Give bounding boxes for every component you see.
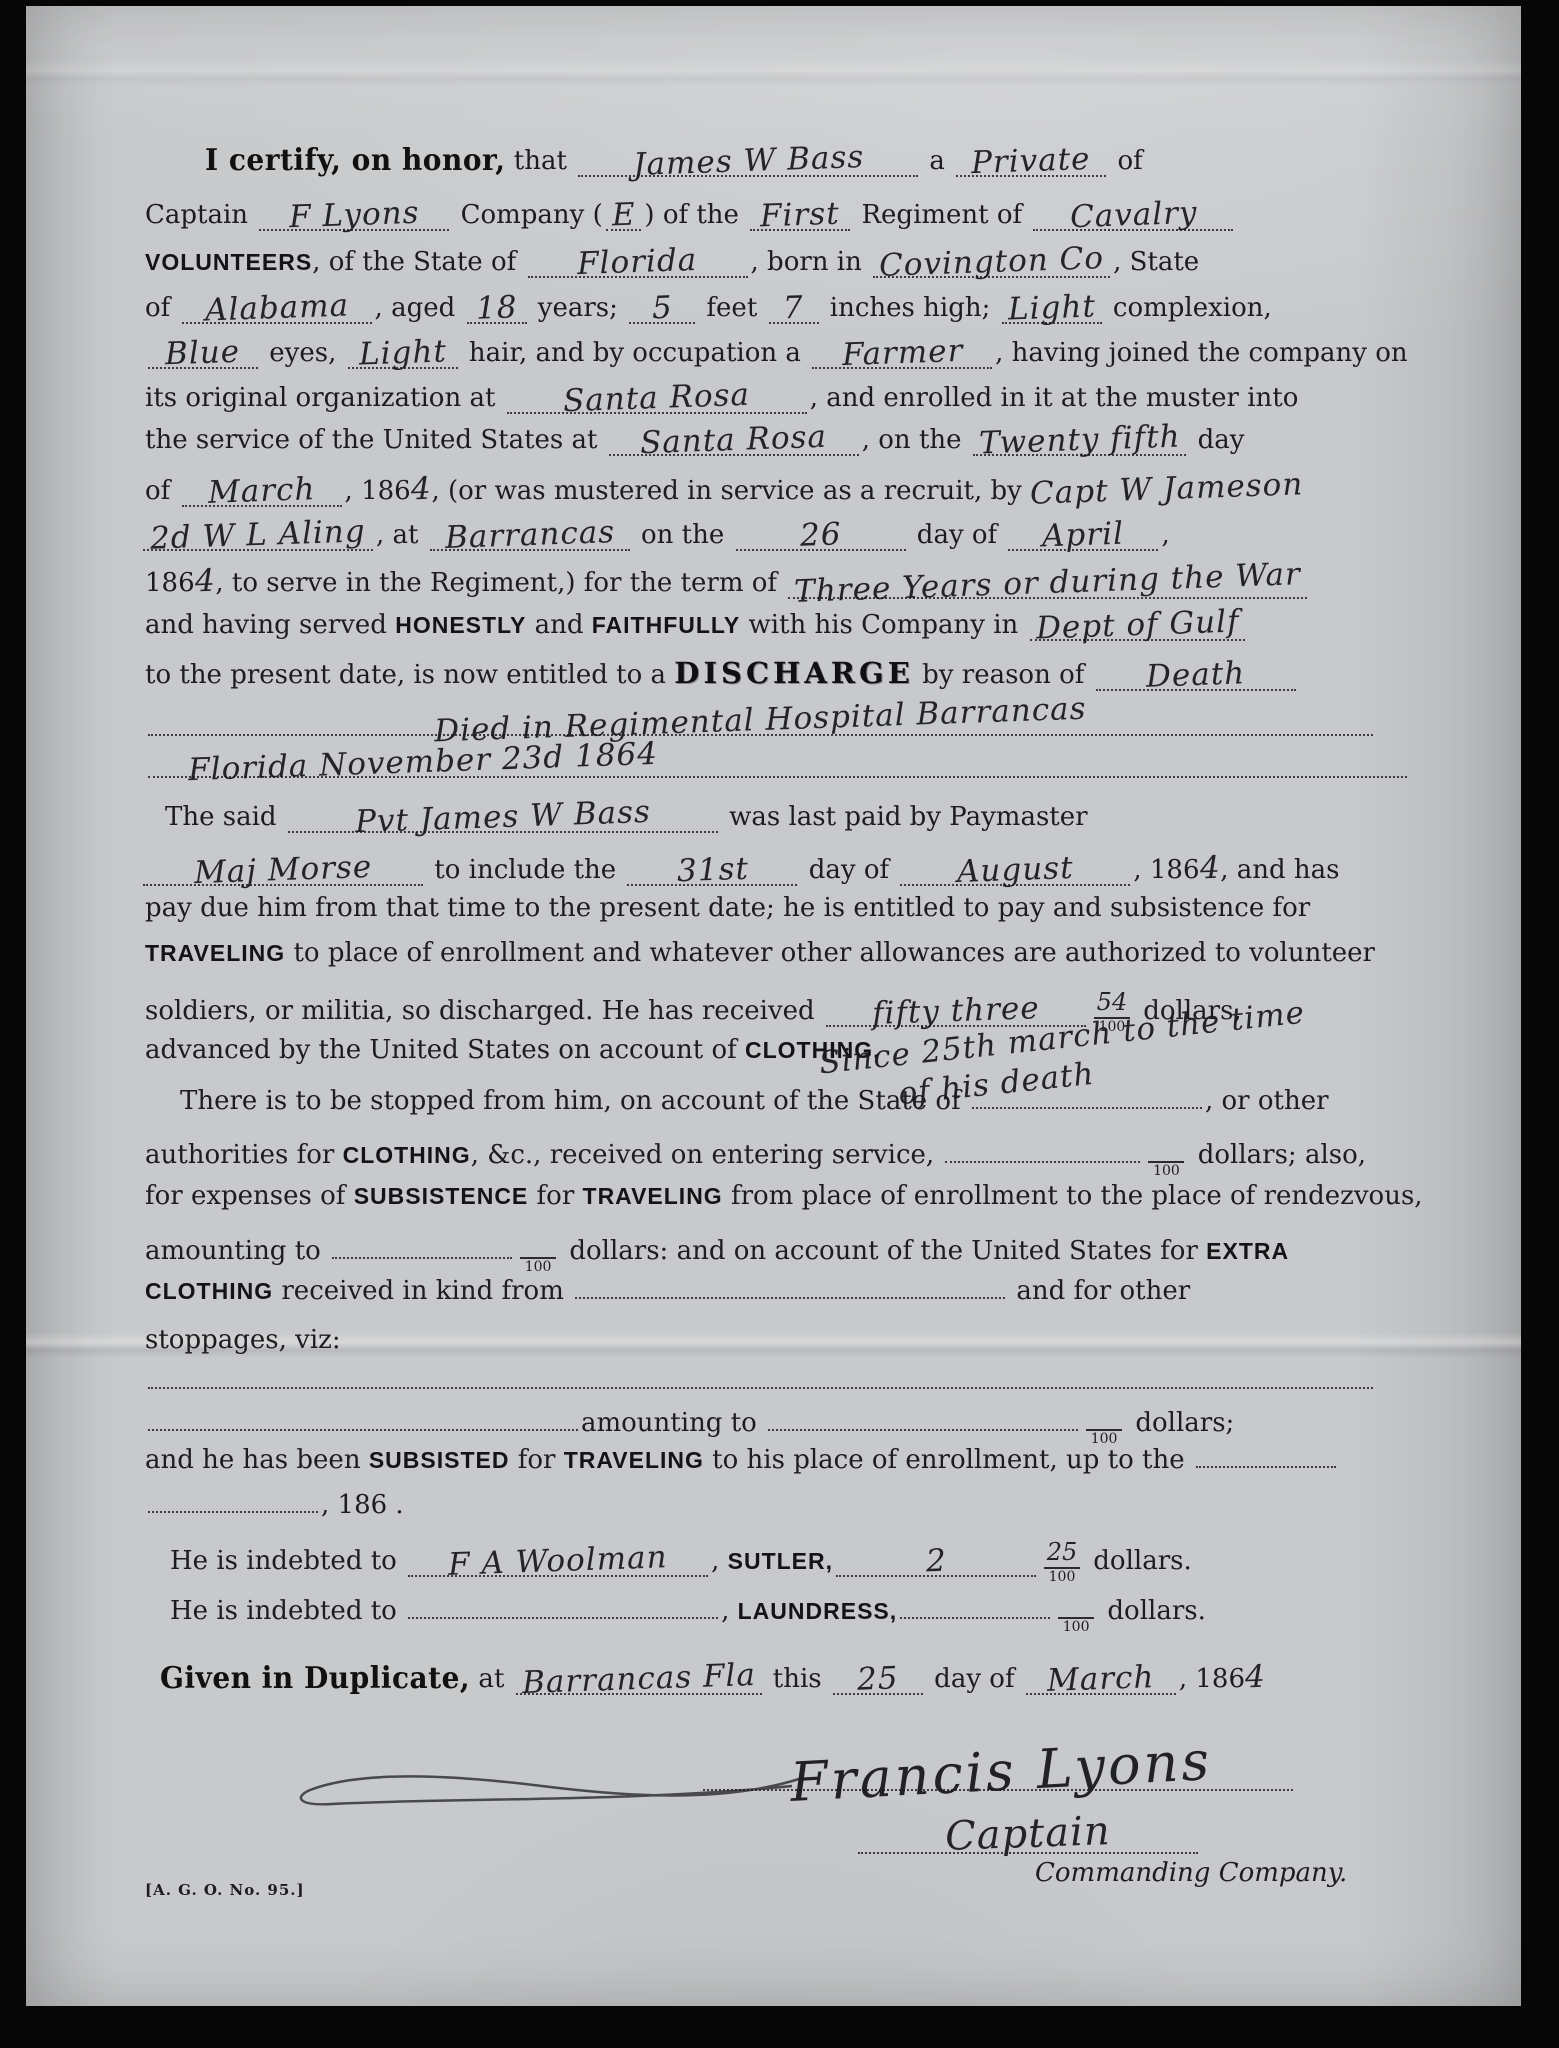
sutler-line: He is indebted to F A Woolman, SUTLER,22… [170, 1541, 1192, 1586]
hair-color: Light [348, 336, 458, 369]
extra-clothing-line: CLOTHING received in kind from and for o… [145, 1276, 1190, 1306]
recruit-muster-day: 26 [736, 518, 906, 551]
printed-text: with his Company in [740, 610, 1026, 640]
printed-text: , or other [1205, 1086, 1329, 1116]
handwriting: Private [965, 144, 1097, 180]
company-letter: E [606, 198, 642, 231]
death-date: Florida November 23d 1864 [148, 745, 1407, 778]
soldier-name: James W Bass [578, 144, 918, 177]
handwriting: James W Bass [626, 142, 870, 181]
organization-line: its original organization at Santa Rosa,… [145, 381, 1298, 414]
clothing-cents: 100 [1148, 1135, 1184, 1180]
printed-text: 186 [145, 568, 195, 598]
sutler-cents: 25100 [1044, 1541, 1080, 1586]
discharge-reason: Death [1096, 658, 1296, 691]
mustering-officer: Capt W Jameson [1030, 466, 1304, 512]
stoppages-amount-blank [768, 1425, 1078, 1431]
printed-text: , and has [1220, 855, 1339, 885]
handwriting: F A Woolman [442, 1542, 674, 1581]
handwriting: Blue [159, 336, 247, 370]
printed-text: to include the [426, 855, 624, 885]
printed-text: this [765, 1664, 830, 1694]
printed-text: dollars. [1099, 1596, 1206, 1626]
organization-place: Santa Rosa [507, 381, 807, 414]
pay-due-line: pay due him from that time to the presen… [145, 893, 1310, 923]
handwriting: April [1036, 518, 1131, 552]
last-paid-line: The said Pvt James W Bass was last paid … [165, 800, 1088, 833]
printed-emphasis: CLOTHING [145, 1278, 273, 1304]
printed-text: amounting to [145, 1236, 329, 1266]
document-scan: I certify, on honor, that James W Bass a… [0, 0, 1559, 2048]
printed-text: , born in [751, 247, 871, 277]
fraction-denominator: 100 [1058, 1617, 1094, 1636]
issue-place: Barrancas Fla [516, 1662, 762, 1695]
printed-text: that [505, 146, 575, 176]
signature-flourish [292, 1756, 812, 1816]
printed-text: , at [376, 520, 427, 550]
printed-text: He is indebted to [170, 1596, 405, 1626]
handwriting: Florida November 23d 1864 [182, 739, 665, 787]
handwriting: Santa Rosa [634, 422, 834, 460]
regiment-branch: Cavalry [1033, 198, 1233, 231]
handwriting: First [754, 198, 847, 232]
handwriting: 2d W L Aling [144, 516, 373, 555]
handwriting: Pvt James W Bass [348, 797, 657, 839]
printed-text: , having joined the company on [995, 338, 1407, 368]
handwriting: Barrancas Fla [515, 1660, 762, 1700]
printed-text: to his place of enrollment, up to the [704, 1445, 1193, 1475]
handwriting: 25 [851, 1663, 906, 1696]
issue-day: 25 [833, 1662, 923, 1695]
subsistence-line: for expenses of SUBSISTENCE for TRAVELIN… [145, 1181, 1423, 1211]
recruit-muster-line: 2d W L Aling, at Barrancas on the 26 day… [140, 518, 1170, 551]
printed-text: day of [800, 855, 897, 885]
department: Dept of Gulf [1030, 608, 1245, 641]
printed-text: The said [165, 802, 285, 832]
regiment-number: First [750, 198, 850, 231]
volunteers-line: VOLUNTEERS, of the State of Florida, bor… [145, 245, 1199, 278]
death-note-line-1: Died in Regimental Hospital Barrancas [145, 703, 1376, 736]
authorities-line: authorities for CLOTHING, &c., received … [145, 1135, 1366, 1180]
laundress-cents: 100 [1058, 1591, 1094, 1636]
form-code: [A. G. O. No. 95.] [145, 1881, 305, 1899]
handwriting: Covington Co [873, 243, 1111, 282]
printed-text: , [721, 1596, 738, 1626]
laundress-line: He is indebted to , LAUNDRESS,100 dollar… [170, 1591, 1206, 1636]
printed-text: for [528, 1181, 582, 1211]
printed-text: , 186 [321, 1490, 387, 1520]
soldier-name-repeat: Pvt James W Bass [288, 800, 718, 833]
printed-emphasis: LAUNDRESS, [738, 1598, 898, 1624]
signature-block: Francis Lyons [790, 1740, 1212, 1803]
signer-title: Commanding Company. [1035, 1858, 1347, 1888]
stoppages-blank-line [145, 1366, 1376, 1396]
printed-text: , 186 [1133, 855, 1199, 885]
printed-text: and [526, 610, 591, 640]
printed-text: , &c., received on entering service, [471, 1140, 943, 1170]
signer-rank-line: Captain [855, 1812, 1201, 1854]
paymaster-line: Maj Morse to include the 31st day of Aug… [140, 850, 1340, 886]
term-line: 1864, to serve in the Regiment,) for the… [145, 563, 1310, 599]
blackletter-text: Given in Duplicate, [160, 1660, 470, 1696]
state-of-service: Florida [528, 245, 748, 278]
printed-text: , (or was mustered in service as a recru… [431, 476, 1030, 506]
printed-text: Captain [145, 200, 256, 230]
stoppages-line: stoppages, viz: [145, 1325, 341, 1355]
printed-text: on the [633, 520, 733, 550]
printed-text: received in kind from [273, 1276, 572, 1306]
printed-text: inches high; [822, 293, 999, 323]
description-line-1: of Alabama, aged 18 years; 5 feet 7 inch… [145, 291, 1272, 324]
printed-text: feet [698, 293, 765, 323]
subsisted-date-blank-2 [148, 1507, 318, 1513]
printed-emphasis: VOLUNTEERS [145, 249, 312, 275]
printed-text: its original organization at [145, 383, 504, 413]
printed-text: , 186 [1179, 1664, 1245, 1694]
traveling-line: TRAVELING to place of enrollment and wha… [145, 938, 1375, 968]
eye-color: Blue [148, 336, 258, 369]
handwriting: 18 [469, 292, 524, 325]
printed-text: dollars; also, [1189, 1140, 1366, 1170]
issue-year-digit: 4 [1244, 1659, 1266, 1696]
printed-emphasis: CLOTHING [343, 1142, 471, 1168]
sutler-name: F A Woolman [408, 1544, 708, 1577]
muster-year-digit: 4 [410, 471, 432, 508]
handwriting: Alabama [198, 290, 355, 326]
printed-text: for [509, 1445, 563, 1475]
occupation: Farmer [812, 336, 992, 369]
amounting-line-1: amounting to 100 dollars: and on account… [145, 1231, 1289, 1276]
handwriting: Captain [939, 1811, 1118, 1857]
printed-text: to place of enrollment and whatever othe… [285, 938, 1375, 968]
handwriting: Cavalry [1063, 198, 1203, 234]
printed-text: day [1189, 425, 1244, 455]
printed-text: from place of enrollment to the place of… [723, 1181, 1423, 1211]
printed-text: ) of the [644, 200, 747, 230]
printed-text: . [387, 1490, 404, 1520]
clothing-advanced-line: advanced by the United States on account… [145, 1035, 880, 1065]
printed-text: was last paid by Paymaster [721, 802, 1088, 832]
printed-text: , State [1113, 247, 1199, 277]
handwriting: 5 [645, 292, 679, 324]
printed-text: He is indebted to [170, 1546, 405, 1576]
year-blank-line: , 186 . [145, 1490, 404, 1520]
birth-state: Alabama [182, 291, 372, 324]
printed-emphasis: TRAVELING [145, 940, 285, 966]
handwriting: Barrancas [438, 517, 621, 554]
form-body: I certify, on honor, that James W Bass a… [0, 0, 1559, 2048]
printed-text: Company ( [452, 200, 602, 230]
printed-emphasis: FAITHFULLY [592, 612, 740, 638]
printed-text: a [921, 146, 953, 176]
handwriting: Farmer [835, 336, 969, 372]
printed-text: , to serve in the Regiment,) for the ter… [215, 568, 785, 598]
printed-text: complexion, [1105, 293, 1272, 323]
signature: Francis Lyons [789, 1729, 1214, 1814]
paid-to-month: August [900, 853, 1130, 886]
recruit-muster-month: April [1008, 518, 1158, 551]
printed-emphasis: SUBSISTED [369, 1447, 510, 1473]
printed-text: soldiers, or militia, so discharged. He … [145, 996, 823, 1026]
subsisted-date-blank [1196, 1462, 1336, 1468]
printed-text: of [145, 476, 179, 506]
complexion: Light [1002, 291, 1102, 324]
printed-text: , and enrolled in it at the muster into [810, 383, 1299, 413]
printed-text: day of [909, 520, 1006, 550]
printed-text: dollars; [1127, 1408, 1234, 1438]
height-inches: 7 [769, 291, 819, 324]
subsistence-cents: 100 [520, 1231, 556, 1276]
birthplace: Covington Co [873, 245, 1110, 278]
fraction-numerator [1058, 1591, 1094, 1617]
fraction-denominator: 100 [520, 1257, 556, 1276]
printed-text: of [145, 293, 179, 323]
printed-text: , [1161, 520, 1169, 550]
printed-text: for expenses of [145, 1181, 354, 1211]
stopped-line: There is to be stopped from him, on acco… [180, 1086, 1329, 1116]
height-feet: 5 [629, 291, 695, 324]
issue-month: March [1026, 1662, 1176, 1695]
printed-text: dollars: and on account of the United St… [561, 1236, 1206, 1266]
printed-emphasis: SUTLER, [728, 1548, 833, 1574]
printed-text: at [470, 1664, 512, 1694]
stoppages-blank [148, 1383, 1373, 1389]
printed-text: by reason of [914, 660, 1093, 690]
handwriting: Light [1001, 291, 1102, 325]
stoppages-cents: 100 [1086, 1403, 1122, 1448]
extra-clothing-blank [575, 1293, 1005, 1299]
description-line-2: Blue eyes, Light hair, and by occupation… [145, 336, 1408, 369]
printed-text: hair, and by occupation a [461, 338, 810, 368]
subsistence-amount-blank [332, 1253, 512, 1259]
handwriting: Maj Morse [187, 852, 378, 890]
printed-text: of [1109, 146, 1143, 176]
printed-text: pay due him from that time to the presen… [145, 893, 1310, 923]
printed-text: and having served [145, 610, 395, 640]
rank: Private [956, 144, 1106, 177]
paid-to-day: 31st [627, 853, 797, 886]
form-code-line: [A. G. O. No. 95.] [145, 1872, 305, 1902]
captain-line: Captain F Lyons Company (E) of the First… [145, 198, 1236, 231]
laundress-name-blank [408, 1613, 718, 1619]
printed-text: Regiment of [853, 200, 1030, 230]
handwriting: Death [1140, 658, 1252, 693]
printed-text: eyes, [261, 338, 345, 368]
printed-text: authorities for [145, 1140, 343, 1170]
printed-text: , [711, 1546, 728, 1576]
handwriting: 7 [777, 292, 811, 324]
muster-date-line: of March, 1864, (or was mustered in serv… [145, 471, 1303, 507]
handwriting: Dept of Gulf [1029, 606, 1245, 645]
amounting-line-2: amounting to 100 dollars; [145, 1403, 1234, 1448]
given-in-duplicate-line: Given in Duplicate, at Barrancas Fla thi… [160, 1659, 1266, 1695]
printed-text: amounting to [581, 1408, 765, 1438]
blackletter-text: I certify, on honor, [205, 142, 505, 178]
handwriting: Santa Rosa [557, 380, 757, 418]
recruit-muster-place: Barrancas [430, 518, 630, 551]
printed-text: day of [926, 1664, 1023, 1694]
fraction-numerator [1086, 1403, 1122, 1429]
muster-line: the service of the United States at Sant… [145, 423, 1244, 456]
handwriting: 31st [670, 854, 755, 888]
commanding-line: Commanding Company. [1035, 1858, 1347, 1888]
recruit-year-digit: 4 [194, 563, 216, 600]
handwriting: Twenty fifth [972, 421, 1186, 459]
printed-text: advanced by the United States on account… [145, 1035, 745, 1065]
handwriting: March [1041, 1662, 1161, 1697]
printed-text: , aged [375, 293, 464, 323]
handwriting: March [201, 474, 321, 509]
age: 18 [467, 291, 527, 324]
fraction-numerator [1148, 1135, 1184, 1161]
subsisted-line: and he has been SUBSISTED for TRAVELING … [145, 1445, 1339, 1475]
handwriting: Florida [571, 245, 704, 281]
laundress-amount-blank [900, 1613, 1050, 1619]
handwriting: 2 [919, 1545, 953, 1577]
muster-month: March [182, 474, 342, 507]
printed-emphasis: EXTRA [1206, 1238, 1289, 1264]
captain-name: F Lyons [259, 198, 449, 231]
fraction-denominator: 100 [1148, 1161, 1184, 1180]
printed-text: to the present date, is now entitled to … [145, 660, 674, 690]
handwriting: Light [352, 336, 453, 370]
signer-rank: Captain [858, 1812, 1198, 1854]
printed-text: , of the State of [312, 247, 524, 277]
printed-text: the service of the United States at [145, 425, 606, 455]
printed-text: , on the [862, 425, 970, 455]
printed-text: , 186 [345, 476, 411, 506]
served-line: and having served HONESTLY and FAITHFULL… [145, 608, 1248, 641]
discharge-line: to the present date, is now entitled to … [145, 656, 1299, 691]
printed-emphasis: HONESTLY [395, 612, 526, 638]
printed-emphasis: TRAVELING [564, 1447, 704, 1473]
mustering-officer-cont: 2d W L Aling [143, 518, 373, 551]
death-note-line-2: Florida November 23d 1864 [145, 745, 1410, 778]
fraction-numerator [520, 1231, 556, 1257]
state-blank [972, 1103, 1202, 1109]
fraction-denominator: 100 [1044, 1567, 1080, 1586]
handwriting: August [951, 853, 1081, 888]
handwriting: F Lyons [283, 198, 426, 234]
sutler-amount: 2 [836, 1544, 1036, 1577]
handwriting: E [605, 199, 642, 231]
printed-text: years; [530, 293, 627, 323]
fraction-numerator: 25 [1044, 1541, 1080, 1567]
printed-text: dollars. [1085, 1546, 1192, 1576]
discharge-word: DISCHARGE [674, 656, 914, 690]
handwriting: Three Years or during the War [788, 559, 1308, 608]
paid-to-year-digit: 4 [1199, 850, 1221, 887]
paymaster: Maj Morse [143, 853, 423, 886]
muster-day: Twenty fifth [973, 423, 1187, 456]
printed-emphasis: TRAVELING [583, 1183, 723, 1209]
muster-place: Santa Rosa [609, 423, 859, 456]
printed-text: There is to be stopped from him, on acco… [180, 1086, 969, 1116]
stoppages-blank-2 [148, 1425, 578, 1431]
clothing-amount-blank [945, 1157, 1140, 1163]
certify-line: I certify, on honor, that James W Bass a… [205, 143, 1143, 177]
printed-text: and for other [1008, 1276, 1190, 1306]
printed-text: stoppages, viz: [145, 1325, 341, 1355]
handwriting: 26 [793, 519, 848, 552]
death-place: Died in Regimental Hospital Barrancas [148, 703, 1373, 736]
term-of-service: Three Years or during the War [788, 566, 1307, 599]
printed-emphasis: SUBSISTENCE [354, 1183, 529, 1209]
printed-text: and he has been [145, 1445, 369, 1475]
